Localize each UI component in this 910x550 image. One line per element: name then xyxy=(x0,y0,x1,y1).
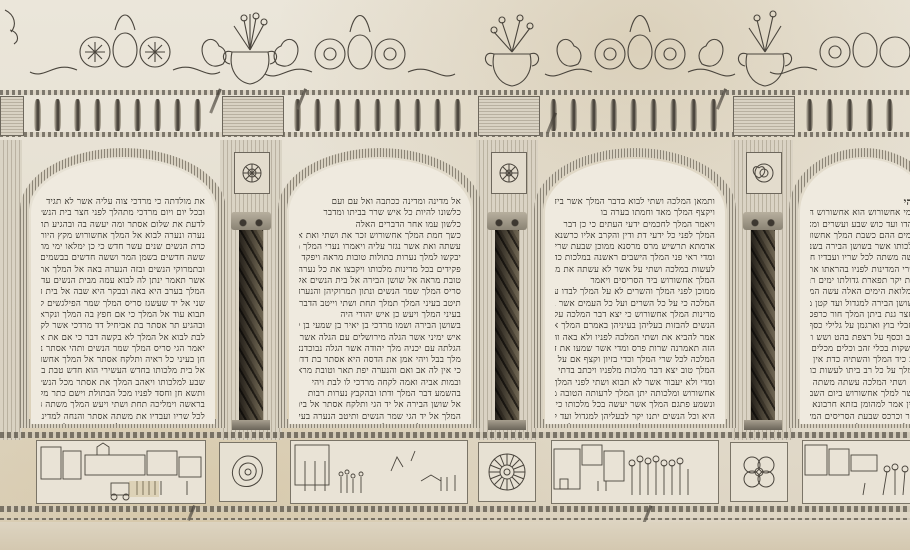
illustration-scene-3 xyxy=(552,441,718,503)
text-line: אחשורוש ומלכותה יתן המלך לרעותה הטובה ממ… xyxy=(555,389,715,400)
text-line: אל בית מלכותו בחדש העשירי הוא חדש טבת בש… xyxy=(41,366,205,377)
text-line: בהשמע דבר המלך ודתו ובהקבץ נערות רבות xyxy=(299,389,461,400)
text-line: מלכותו אשר בשושן הבירה בשנת שלוש למלכו xyxy=(810,242,910,253)
text-line: המלך לפני כל ידעי דת ודין והקרב אליו כרש… xyxy=(555,231,715,242)
text-line: בחבלי בוץ וארגמן על גלילי כסף ועמודי שש … xyxy=(810,321,910,332)
text-line: בשושן הבירה למגדול ועד קטן משתה שבעת ימי… xyxy=(810,299,910,310)
rosette-panel-quatrefoil xyxy=(730,442,788,502)
text-line: זתר וכרכס שבעת הסריסים המשרתים את פני xyxy=(810,412,910,423)
text-line: איש ימיני אשר הגלה מירושלים עם הגלה אשר xyxy=(299,333,461,344)
text-line: מלך בבל ויהי אמן את הדסה היא אסתר בת דדו xyxy=(299,355,461,366)
text-line: יבקשו למלך נערות בתולות טובות מראה ויפקד… xyxy=(299,253,461,264)
baluster xyxy=(134,99,141,131)
text-line: לבת לבוא אל המלך לא בקשה דבר כי אם את אש… xyxy=(41,333,205,344)
column-capital xyxy=(743,212,783,230)
text-line: בעיני המלך ויעש כן איש יהודי היה xyxy=(299,310,461,321)
text-line: אדמתא תרשיש מרס מרסנא ממוכן שבעת שרי פרס xyxy=(555,242,715,253)
text-line: זהב וכסף על רצפת בהט ושש ודר וסחרת xyxy=(810,333,910,344)
rosette-medallion xyxy=(746,152,782,194)
text-line: היא וכל הנשים יתנו יקר לבעליהן למגדול וע… xyxy=(555,412,715,423)
baluster xyxy=(414,99,421,131)
baluster xyxy=(826,99,833,131)
baluster xyxy=(806,99,813,131)
text-line: אל מדינה ומדינה ככתבה ואל עם ועם xyxy=(299,197,461,208)
baluster xyxy=(434,99,441,131)
balustrade-plinth xyxy=(733,96,795,136)
text-line: פקידים בכל מדינות מלכותו ויקבצו את כל נע… xyxy=(299,265,461,276)
text-line: שני אל יד שעשגז סריס המלך שמר הפילגשים ל… xyxy=(41,299,205,310)
text-line: ותמאן המלכה ושתי לבוא בדבר המלך אשר ביד … xyxy=(555,197,715,208)
illustration-scene-2 xyxy=(291,441,467,503)
text-line: ותשא חן וחסד לפניו מכל הבתולת וישם כתר מ… xyxy=(41,389,205,400)
rose-rosette-icon xyxy=(226,450,270,494)
flower-vase-icon xyxy=(738,11,791,86)
text-panel-4: ויהיבימי אחשורוש הוא אחשורוש המלךמהדו וע… xyxy=(789,148,910,428)
bird-icon xyxy=(202,39,226,66)
text-line: ממוכן לפני המלך והשרים לא על המלך לבדו ע… xyxy=(555,287,715,298)
text-line: ותשא חסד לפניו ויבהל את תמרוקיה ואת מנות… xyxy=(299,423,461,424)
cartouche-icon xyxy=(30,15,220,74)
baluster xyxy=(154,99,161,131)
text-line: המלך אל יד הגי שמר הנשים ותיטב הנערה בעי… xyxy=(299,412,461,423)
column-base xyxy=(744,420,782,430)
column-capital xyxy=(231,212,271,230)
text-line: ונשמע פתגם המלך אשר יעשה בכל מלכותו כי ר… xyxy=(555,400,715,411)
text-line: ובהגיע תר אסתר בת אביחיל דד מרדכי אשר לק… xyxy=(41,321,205,332)
text-line: לעשות במלכה ושתי על אשר לא עשתה את מאמר xyxy=(555,265,715,276)
text-line: הגלתה עם יכניה מלך יהודה אשר הגלה נבוכדנ… xyxy=(299,344,461,355)
base-line xyxy=(0,518,910,520)
baluster xyxy=(194,99,201,131)
flower-vase-icon xyxy=(223,13,276,84)
twisted-column xyxy=(748,212,778,430)
text-line: והשקות בכלי זהב וכלים מכלים שונים ויין מ… xyxy=(810,344,910,355)
baluster xyxy=(94,99,101,131)
baluster xyxy=(610,99,617,131)
baluster xyxy=(394,99,401,131)
column-base xyxy=(488,420,526,430)
text-line: בחצר גנת ביתן המלך חור כרפס ותכלת אחוז xyxy=(810,310,910,321)
text-line: המלך אחשורוש להביא את ושתי המלכה לפני xyxy=(810,423,910,424)
rosette-icon xyxy=(240,161,264,185)
baluster xyxy=(886,99,893,131)
bird-icon xyxy=(699,39,723,66)
baluster xyxy=(174,99,181,131)
illustration-scene-4 xyxy=(803,441,910,503)
text-line: ושרי המדינות לפניו בהראתו את עשר כבוד מל… xyxy=(810,265,910,276)
scene-street-figures xyxy=(802,440,910,504)
rosette-icon xyxy=(497,161,521,185)
text-line: עשתה ואת אשר נגזר עליה ויאמרו נערי המלך … xyxy=(299,242,461,253)
baluster xyxy=(710,99,717,131)
text-line: ואת יקר תפארת גדולתו ימים רבים שמונים ומ… xyxy=(810,276,910,287)
esther-scroll-engraving: את מולדתה כי מרדכי צוה עליה אשר לא תגידו… xyxy=(0,0,910,550)
text-line: יאמר הגי סריס המלך שמר הנשים ותהי אסתר נ… xyxy=(41,344,205,355)
text-line: עשה ויתן משאת כיד המלך ובהקבץ בתולות שני… xyxy=(41,423,205,424)
text-panel-2: אל מדינה ומדינה ככתבה ואל עם ועםכלשונו ל… xyxy=(278,148,482,428)
rosette-panel-sunburst xyxy=(478,442,536,502)
base-molding xyxy=(0,506,910,512)
hebrew-text-column: ותמאן המלכה ושתי לבוא בדבר המלך אשר ביד … xyxy=(545,159,725,424)
column-shaft xyxy=(751,230,775,420)
pier xyxy=(0,140,22,440)
text-line: ביין אמר למהומן בזתא חרבונא בגתא ואבגתא xyxy=(810,400,910,411)
baluster xyxy=(114,99,121,131)
hebrew-text-column: אל מדינה ומדינה ככתבה ואל עם ועםכלשונו ל… xyxy=(289,159,471,424)
text-line: לכל שריו ועבדיו את משתה אסתר והנחה למדינ… xyxy=(41,412,205,423)
lower-cornice xyxy=(0,432,910,438)
text-line: המלך טוב יצא דבר מלכות מלפניו ויכתב בדתי… xyxy=(555,366,715,377)
bird-icon xyxy=(274,39,298,66)
panel-heading: ויהי xyxy=(810,197,910,208)
rosette-icon xyxy=(752,161,776,185)
text-line: בראשה וימליכה תחת ושתי ויעש המלך משתה גד… xyxy=(41,400,205,411)
baluster xyxy=(34,99,41,131)
flower-vase-icon xyxy=(485,15,538,86)
text-line: כדת הנשים שנים עשר חדש כי כן ימלאו ימי מ… xyxy=(41,242,205,253)
paper-margin xyxy=(0,522,910,550)
text-line: מהדו ועד כוש שבע ועשרים ומאה מדינה xyxy=(810,220,910,231)
text-line: רב כיד המלך והשתיה כדת אין אנס כי כן יסד xyxy=(810,355,910,366)
text-line: סריס המלך שמר הנשים ונתון תמרוקיהן והנער… xyxy=(299,287,461,298)
text-line: אשר תאמר ינתן לה לבוא עמה מבית הנשים עד … xyxy=(41,276,205,287)
baluster xyxy=(354,99,361,131)
baluster xyxy=(334,99,341,131)
text-line: ובכל יום ויום מרדכי מתהלך לפני חצר בית ה… xyxy=(41,208,205,219)
scene-crowd-buildings xyxy=(551,440,719,504)
text-line: כלשון עמו אחר הדברים האלה xyxy=(299,220,461,231)
text-line: כי אין לה אב ואם והנערה יפת תאר וטובת מר… xyxy=(299,366,461,377)
scene-court-banquet xyxy=(290,440,468,504)
text-line: מדינות המלך אחשורוש כי יצא דבר המלכה על … xyxy=(555,310,715,321)
text-line: חן בעיני כל ראיה ותלקח אסתר אל המלך אחשו… xyxy=(41,355,205,366)
text-line: המלכה כי על כל השרים ועל כל העמים אשר בכ… xyxy=(555,299,715,310)
text-line: את מולדתה כי מרדכי צוה עליה אשר לא תגיד xyxy=(41,197,205,208)
text-line: גם ושתי המלכה עשתה משתה נשים בית המלכות xyxy=(810,378,910,389)
baluster xyxy=(570,99,577,131)
text-line: כשך חמת המלך אחשורוש זכר את ושתי ואת אשר xyxy=(299,231,461,242)
balustrade-plinth xyxy=(478,96,540,136)
rosette-panel-rose xyxy=(219,442,277,502)
text-line: הזה תאמרנה שרות פרס ומדי אשר שמעו את דבר xyxy=(555,344,715,355)
baluster xyxy=(454,99,461,131)
baluster xyxy=(54,99,61,131)
text-line: כלשונו להיות כל איש שרר בביתו ומדבר xyxy=(299,208,461,219)
decorative-frieze xyxy=(0,0,910,90)
text-line: המלך אחשורוש ביד הסריסים ויאמר xyxy=(555,276,715,287)
baluster xyxy=(590,99,597,131)
hebrew-text-column: ויהיבימי אחשורוש הוא אחשורוש המלךמהדו וע… xyxy=(800,159,910,424)
twisted-column xyxy=(492,212,522,430)
text-line: ויאמר המלך לחכמים ידעי העתים כי כן דבר xyxy=(555,220,715,231)
baluster xyxy=(74,99,81,131)
baluster xyxy=(690,99,697,131)
balustrade-top-rail xyxy=(0,90,910,95)
balustrade-plinth xyxy=(222,96,284,136)
text-line: אמר להביא את ושתי המלכה לפניו ולא באה וה… xyxy=(555,333,715,344)
quatrefoil-rosette-icon xyxy=(737,450,781,494)
text-line: ויקצף המלך מאד וחמתו בערה בו xyxy=(555,208,715,219)
text-line: המלכה לכל שרי המלך וכדי בזיון וקצף אם על xyxy=(555,355,715,366)
column-shaft xyxy=(495,230,519,420)
text-line: תיטב בעיני המלך תמלך תחת ושתי וייטב הדבר xyxy=(299,299,461,310)
text-line: ומדי ראי פני המלך הישבים ראשנה במלכות כד… xyxy=(555,253,715,264)
column-capital xyxy=(487,212,527,230)
text-line: עשה משתה לכל שריו ועבדיו חיל פרס ומדי הפ… xyxy=(810,253,910,264)
baluster xyxy=(846,99,853,131)
text-line: ובתמרוקי הנשים ובזה הנערה באה אל המלך את… xyxy=(41,265,205,276)
column-shaft xyxy=(239,230,263,420)
text-line: בימי אחשורוש הוא אחשורוש המלך xyxy=(810,208,910,219)
sunburst-rosette-icon xyxy=(484,449,530,495)
text-panel-3: ותמאן המלכה ושתי לבוא בדבר המלך אשר ביד … xyxy=(534,148,736,428)
twisted-column xyxy=(236,212,266,430)
baluster xyxy=(866,99,873,131)
text-line: אל שושן הבירה אל יד הגי ותלקח אסתר אל בי… xyxy=(299,400,461,411)
text-line: תבוא עוד אל המלך כי אם חפץ בה המלך ונקרא… xyxy=(41,310,205,321)
scene-palace-procession xyxy=(36,440,206,504)
text-line: המלך על כל רב ביתו לעשות כרצון איש ואיש xyxy=(810,366,910,377)
baluster xyxy=(650,99,657,131)
hebrew-text-column: את מולדתה כי מרדכי צוה עליה אשר לא תגידו… xyxy=(31,159,215,424)
text-line: לדעת את שלום אסתר ומה יעשה בה ובהגיע תר xyxy=(41,220,205,231)
baluster xyxy=(630,99,637,131)
baluster xyxy=(670,99,677,131)
text-line: בימים ההם כשבת המלך אחשורוש על כסא xyxy=(810,231,910,242)
bird-icon xyxy=(557,39,581,66)
text-line: ששה חדשים בשמן המר וששה חדשים בבשמים xyxy=(41,253,205,264)
illustration-scene-1 xyxy=(37,441,205,503)
cartouche-icon xyxy=(265,16,455,76)
text-line: ומדי ולא יעבור אשר לא תבוא ושתי לפני המל… xyxy=(555,378,715,389)
text-line: המלך בערב היא באה ובבקר היא שבה אל בית ה… xyxy=(41,287,205,298)
text-line: נערה ונערה לבוא אל המלך אחשורוש מקץ היות… xyxy=(41,231,205,242)
text-line: הנשים להבזות בעליהן בעיניהן באמרם המלך א… xyxy=(555,321,715,332)
cartouche-icon xyxy=(770,33,910,74)
text-line: טובת מראה אל שושן הבירה אל בית הנשים אל … xyxy=(299,276,461,287)
column-base xyxy=(232,420,270,430)
text-line: וייטב הדבר בעיני המלך והשרים ויעש המלך כ… xyxy=(555,423,715,424)
text-panel-1: את מולדתה כי מרדכי צוה עליה אשר לא תגידו… xyxy=(20,148,226,428)
rosette-medallion xyxy=(234,152,270,194)
baluster xyxy=(314,99,321,131)
text-line: שבע למלכותו ויאהב המלך את אסתר מכל הנשים xyxy=(41,378,205,389)
text-line: אשר למלך אחשורוש ביום השביעי כטוב לב המל… xyxy=(810,389,910,400)
baluster xyxy=(374,99,381,131)
rosette-medallion xyxy=(491,152,527,194)
text-line: ובמות אביה ואמה לקחה מרדכי לו לבת ויהי xyxy=(299,378,461,389)
text-line: בשושן הבירה ושמו מרדכי בן יאיר בן שמעי ב… xyxy=(299,321,461,332)
balustrade-plinth xyxy=(0,96,24,136)
text-line: ובמלואת הימים האלה עשה המלך לכל העם הנמצ… xyxy=(810,287,910,298)
